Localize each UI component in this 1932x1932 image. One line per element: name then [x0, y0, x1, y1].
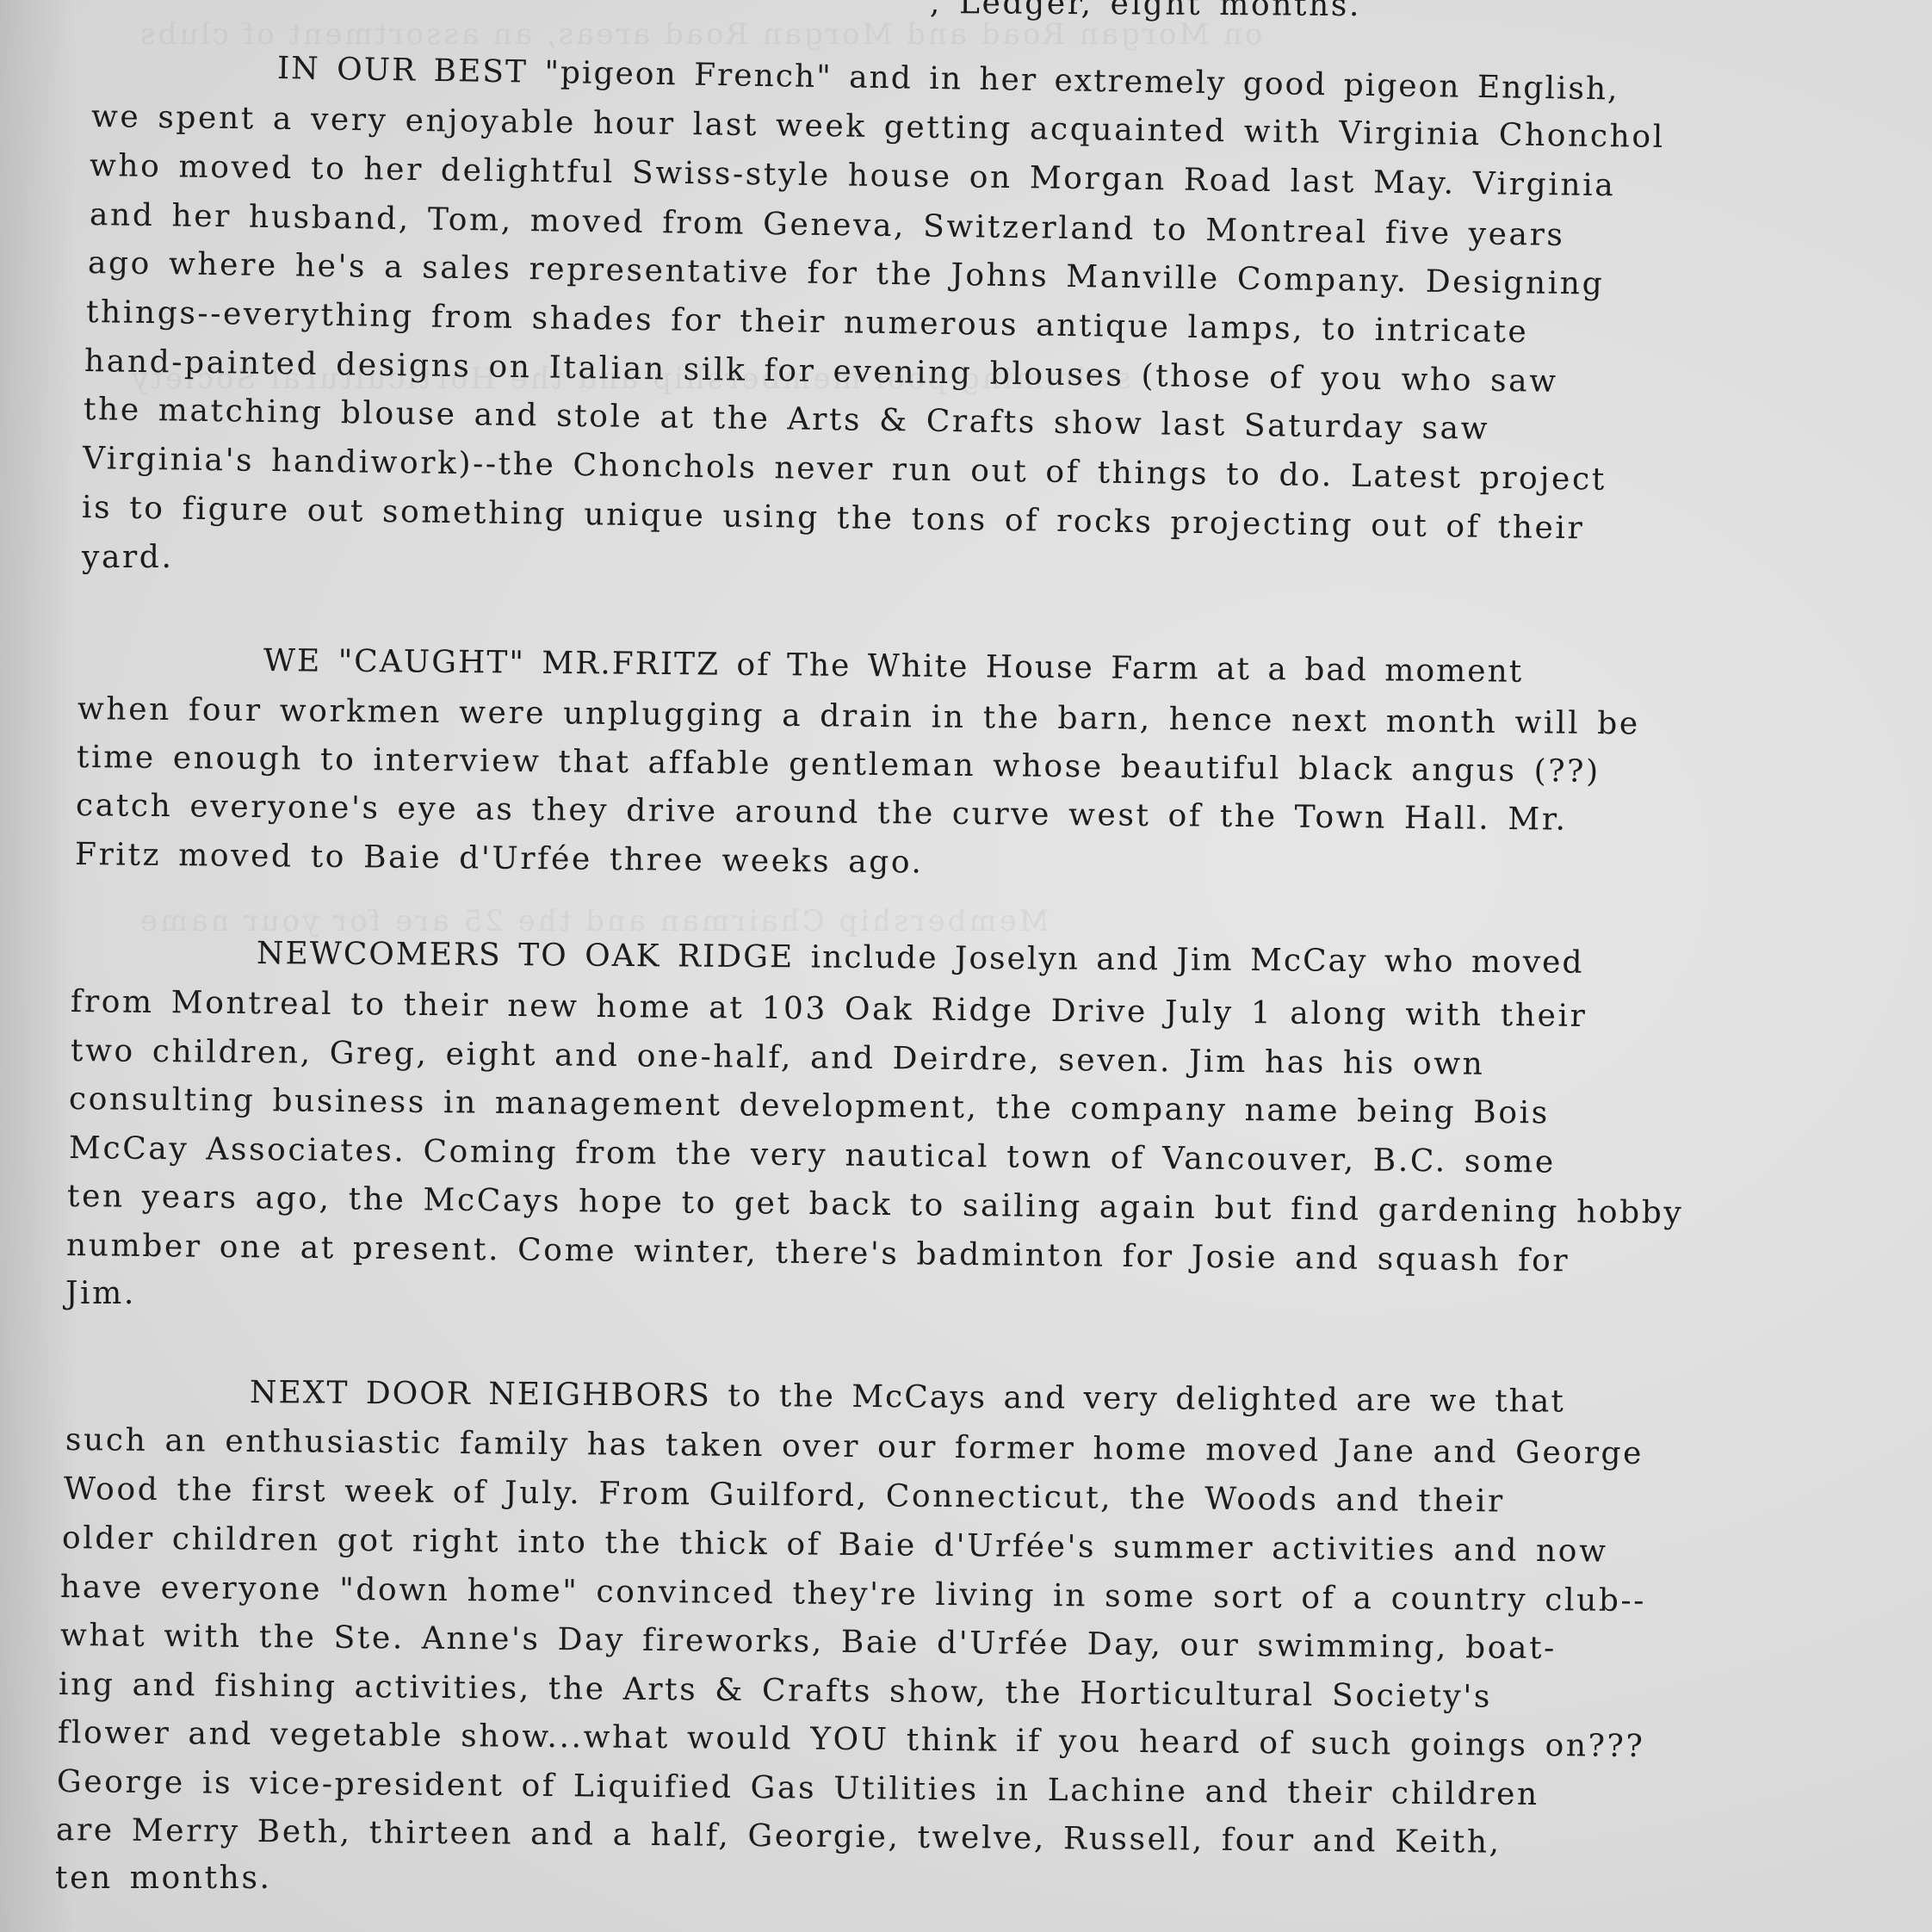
text-line: such an enthusiastic family has taken ov…	[65, 1425, 1644, 1470]
text-line: number one at present. Come winter, ther…	[66, 1230, 1570, 1277]
text-line: the matching blouse and stole at the Art…	[84, 394, 1490, 445]
text-line: older children got right into the thick …	[62, 1523, 1608, 1568]
text-line: ing and fishing activities, the Arts & C…	[59, 1669, 1492, 1713]
text-line: consulting business in management develo…	[69, 1084, 1550, 1130]
text-line: who moved to her delightful Swiss-style …	[90, 151, 1616, 201]
text-line: things--everything from shades for their…	[86, 297, 1529, 348]
text-line: catch everyone's eye as they drive aroun…	[76, 790, 1568, 836]
text-line: from Montreal to their new home at 103 O…	[71, 987, 1588, 1032]
bleed-through-text: Membership Chairman and the 25 are for y…	[138, 904, 1050, 938]
cut-off-top-line: , Ledger, eight months.	[930, 0, 1361, 22]
text-line: flower and vegetable show...what would Y…	[58, 1718, 1645, 1762]
text-line: Fritz moved to Baie d'Urfée three weeks …	[75, 839, 924, 878]
text-line: George is vice-president of Liquified Ga…	[57, 1767, 1539, 1811]
article-lead-line: NEXT DOOR NEIGHBORS to the McCays and ve…	[250, 1378, 1565, 1418]
text-line: McCay Associates. Coming from the very n…	[69, 1133, 1556, 1179]
text-line: and her husband, Tom, moved from Geneva,…	[90, 200, 1565, 251]
text-line: ten years ago, the McCays hope to get ba…	[67, 1181, 1684, 1229]
scanned-document-page: on Morgan Road and Morgan Road areas, an…	[0, 0, 1932, 1932]
text-line: ten months.	[55, 1863, 272, 1894]
text-line: Virginia's handiwork)--the Chonchols nev…	[83, 443, 1607, 496]
text-line: what with the Ste. Anne's Day fireworks,…	[60, 1620, 1557, 1664]
text-line: two children, Greg, eight and one-half, …	[71, 1036, 1485, 1081]
text-line: yard.	[82, 542, 174, 573]
text-line: time enough to interview that affable ge…	[77, 742, 1601, 788]
text-line: are Merry Beth, thirteen and a half, Geo…	[56, 1815, 1502, 1859]
text-line: hand-painted designs on Italian silk for…	[84, 346, 1558, 398]
text-line: have everyone "down home" convinced they…	[60, 1572, 1646, 1617]
text-line: is to figure out something unique using …	[82, 492, 1585, 544]
text-line: we spent a very enjoyable hour last week…	[91, 102, 1665, 153]
text-line: ago where he's a sales representative fo…	[88, 248, 1605, 300]
article-lead-line: IN OUR BEST "pigeon French" and in her e…	[277, 53, 1619, 105]
article-lead-line: NEWCOMERS TO OAK RIDGE include Joselyn a…	[257, 938, 1584, 979]
article-lead-line: WE "CAUGHT" MR.FRITZ of The White House …	[263, 646, 1524, 688]
text-line: when four workmen were unplugging a drai…	[77, 694, 1640, 740]
text-line: Wood the first week of July. From Guilfo…	[64, 1474, 1505, 1518]
bleed-through-text: on Morgan Road and Morgan Road areas, an…	[138, 17, 1262, 52]
text-line: Jim.	[65, 1279, 136, 1310]
